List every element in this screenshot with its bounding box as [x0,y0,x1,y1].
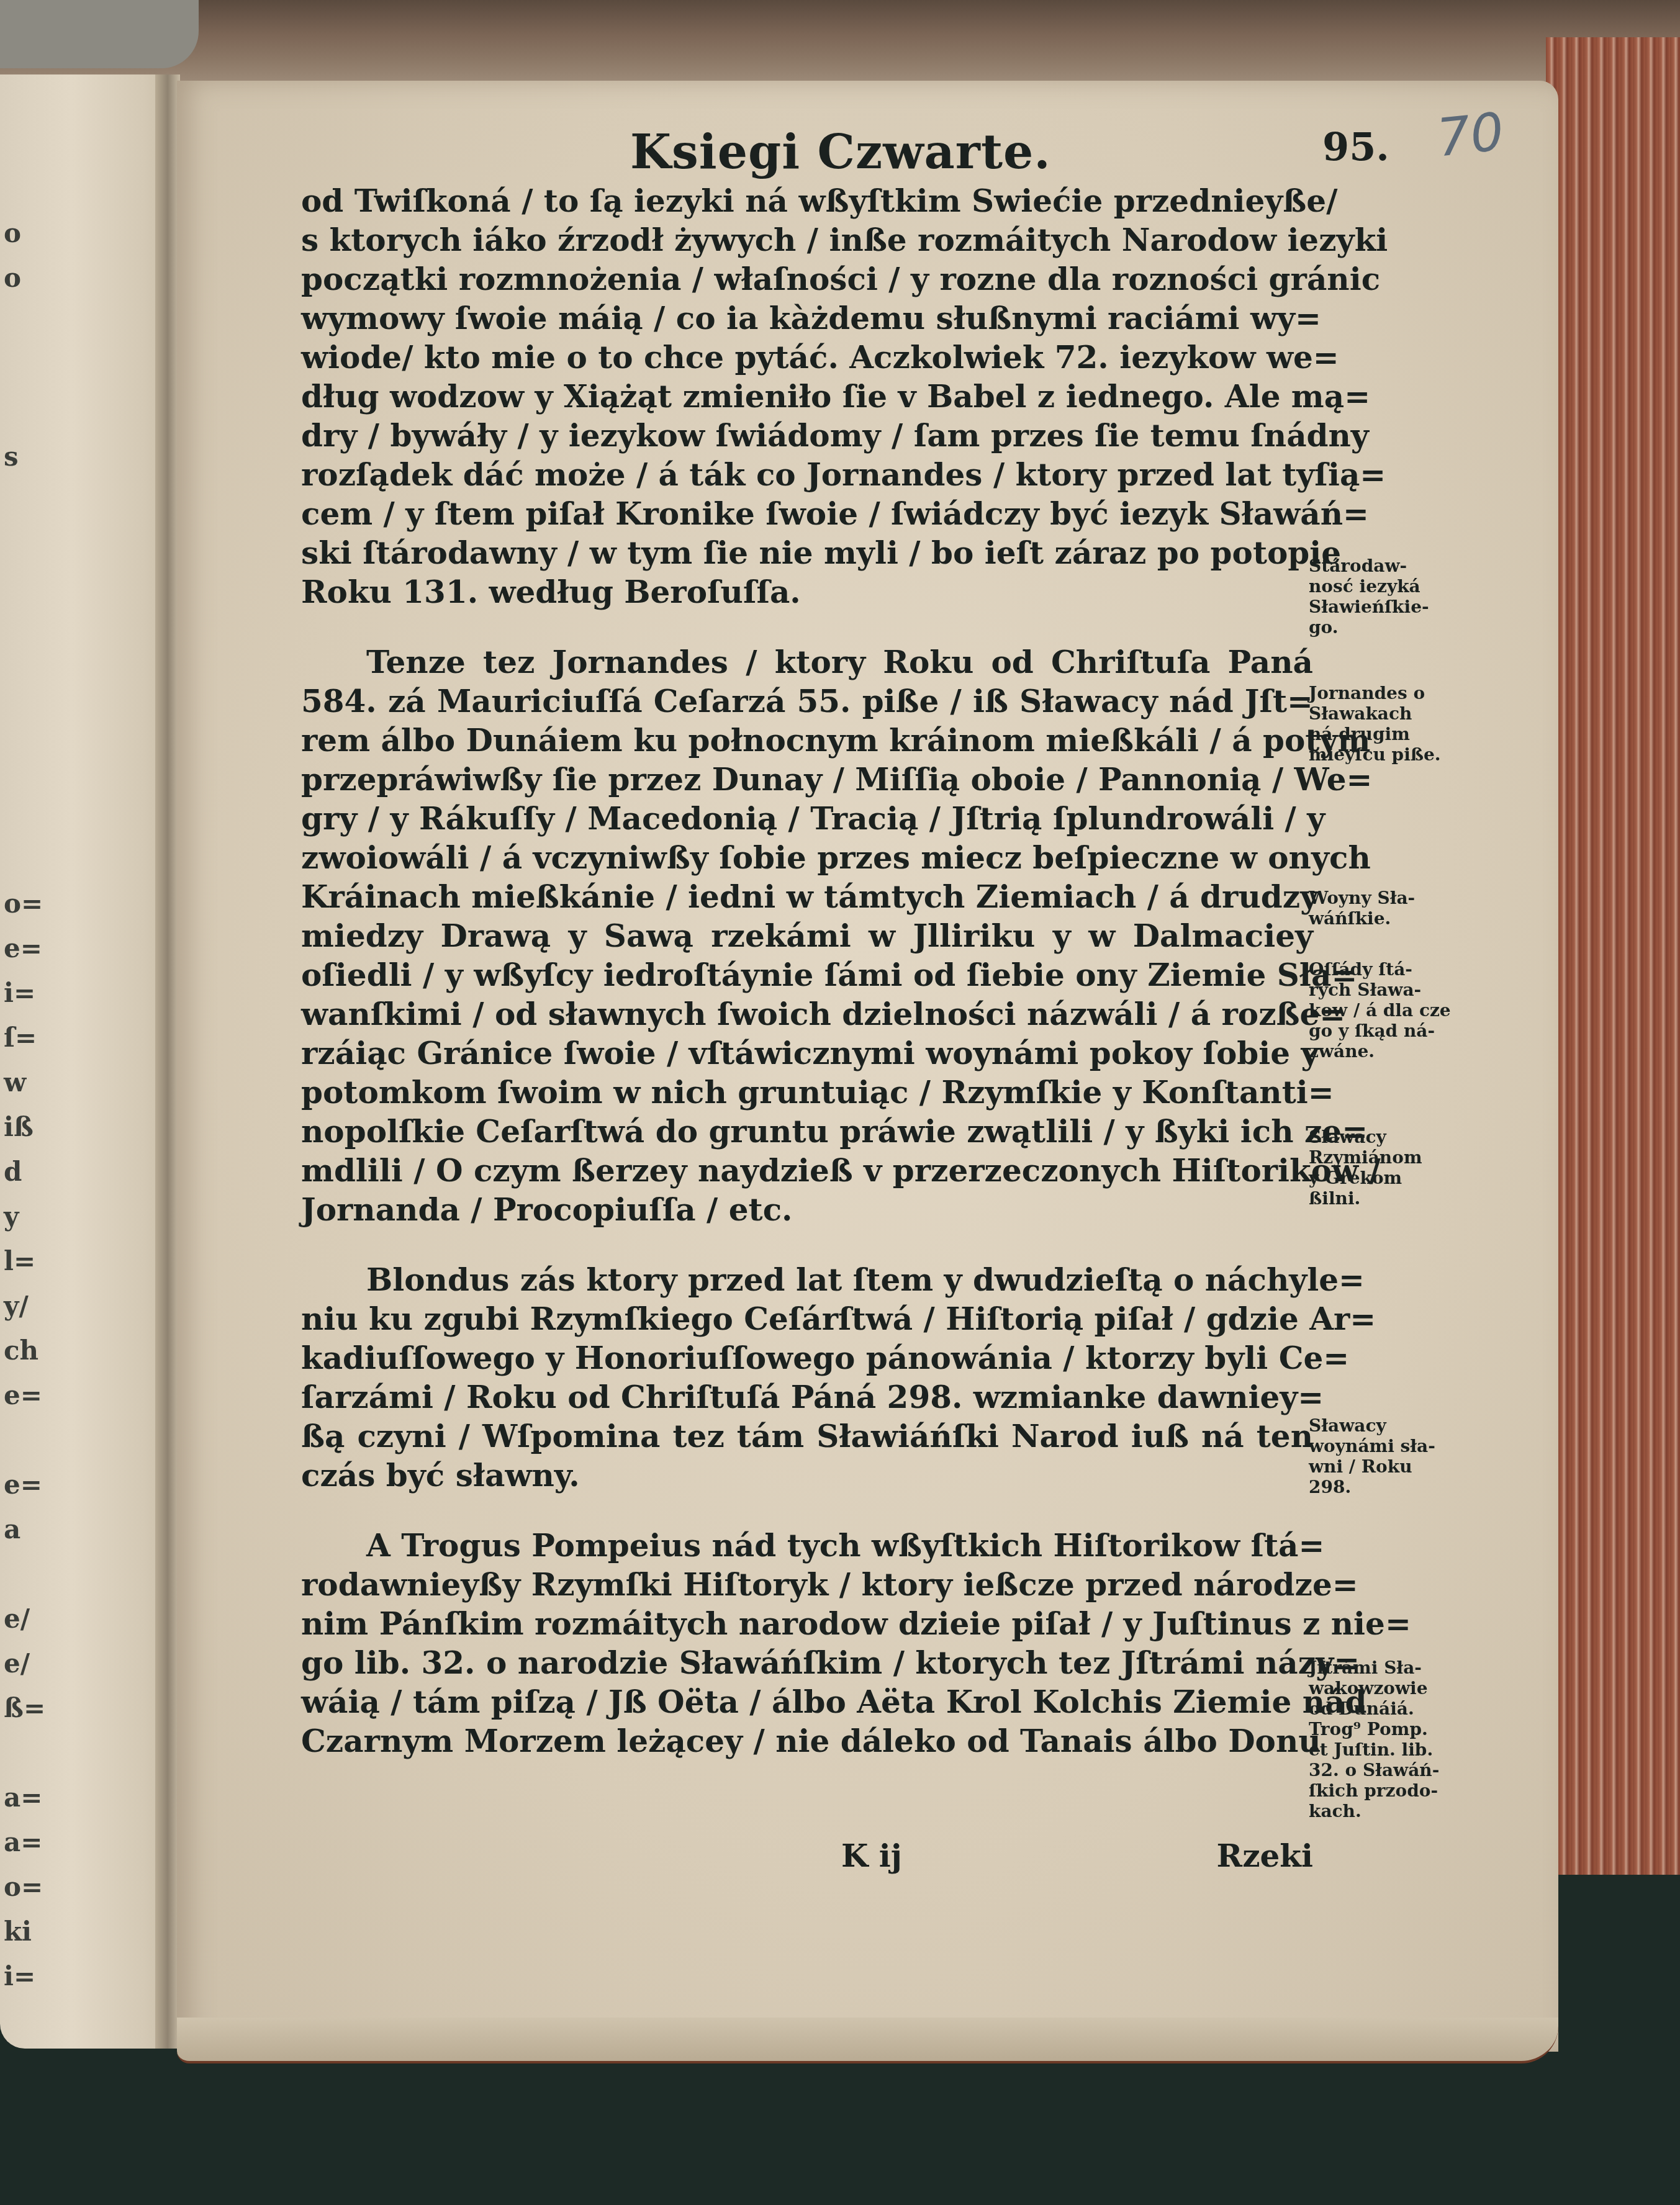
left-page: ooso=e=i=ſ=wißdyl=y/che=e=ae/e/ß=a=a=o=k… [0,74,180,2049]
text-line: rodawnieyßy Rzymſki Hiſtoryk / ktory ieß… [301,1565,1313,1604]
signature-mark: K ij [841,1837,902,1874]
left-page-text-fragments: ooso=e=i=ſ=wißdyl=y/che=e=ae/e/ß=a=a=o=k… [4,211,47,1999]
left-fragment [4,792,47,837]
left-fragment: e/ [4,1597,47,1641]
left-fragment [4,300,47,345]
marginal-note-line: Sławieńſkie- [1309,597,1483,617]
marginal-note-line: zwáne. [1309,1041,1483,1062]
marginal-note-line: Sławacy [1309,1127,1483,1147]
left-fragment: d [4,1150,47,1194]
left-fragment: e= [4,926,47,971]
text-line: ßą czyni / Wſpomina tez tám Sławiáńſki N… [301,1417,1313,1456]
text-line: cem / y ſtem piſał Kronike ſwoie / ſwiád… [301,494,1313,533]
marginal-note: Woyny Sła-wáńſkie. [1309,888,1483,929]
text-line: przepráwiwßy ſie przez Dunay / Miſſią ob… [301,760,1313,799]
text-line: potomkom ſwoim w nich gruntuiąc / Rzymſk… [301,1073,1313,1112]
left-fragment [4,1731,47,1775]
page-bottom-edge [177,2018,1558,2063]
running-head: Ksiegi Czwarte. [630,124,1051,179]
marginal-note-line: Sławacy [1309,1415,1483,1436]
left-fragment [4,569,47,613]
text-line: dry / bywáły / y iezykow ſwiádomy / ſam … [301,416,1313,455]
text-line: nopolſkie Ceſarſtwá do gruntu práwie zwą… [301,1112,1313,1151]
left-fragment: i= [4,971,47,1016]
marginal-note: Stárodaw-nosć iezykáSławieńſkie-go. [1309,556,1483,638]
left-fragment [4,613,47,658]
left-fragment [4,658,47,703]
left-fragment: o [4,256,47,300]
marginal-note-line: go. [1309,617,1483,638]
marginal-note-line: Woyny Sła- [1309,888,1483,908]
left-fragment: i= [4,1954,47,1999]
marginal-note-line: rych Sława- [1309,980,1483,1000]
text-line: ſarzámi / Roku od Chriſtuſá Páná 298. wz… [301,1378,1313,1417]
text-line: go lib. 32. o narodzie Sławáńſkim / ktor… [301,1643,1313,1682]
text-line: od Twiſkoná / to ſą iezyki ná wßyſtkim S… [301,181,1313,220]
marginal-note-line: woynámi sła- [1309,1436,1483,1456]
marginal-note-line: kach. [1309,1801,1483,1821]
marginal-note: Jſtrámi Sła-wakowzowieod Dunáiá.Trog⁹ Po… [1309,1657,1483,1821]
marginal-note-line: wni / Roku [1309,1456,1483,1477]
left-fragment [4,345,47,390]
marginal-note-line: et Juſtin. lib. [1309,1739,1483,1760]
marginal-note-line: Stárodaw- [1309,556,1483,576]
marginal-note-line: ßilni. [1309,1188,1483,1209]
text-line: rozſądek dáć może / á ták co Jornandes /… [301,455,1313,494]
text-line: niu ku zgubi Rzymſkiego Ceſárſtwá / Hiſt… [301,1299,1313,1338]
text-line: wiode/ kto mie o to chce pytáć. Aczkolwi… [301,338,1313,377]
folio-number: 95. [1322,124,1389,169]
text-line: A Trogus Pompeius nád tych wßyſtkich Hiſ… [301,1526,1313,1565]
text-line: Blondus zás ktory przed lat ſtem y dwudz… [301,1260,1313,1299]
left-fragment [4,524,47,569]
marginal-note-line: wakowzowie [1309,1678,1483,1698]
text-line: rem álbo Dunáiem ku połnocnym kráinom mi… [301,721,1313,760]
left-fragment: e/ [4,1641,47,1686]
text-line: początki rozmnożenia / właſności / y roz… [301,259,1313,299]
left-fragment [4,1418,47,1463]
text-line: kadiuſſowego y Honoriuſſowego pánowánia … [301,1338,1313,1378]
left-fragment: w [4,1060,47,1105]
book-binding-top [0,0,1680,87]
marginal-note-line: Trog⁹ Pomp. [1309,1719,1483,1739]
marginal-note-line: Rzymiánom [1309,1147,1483,1168]
left-fragment [4,479,47,524]
text-line: Roku 131. według Beroſuſſa. [301,572,1313,611]
pencil-foliation: 70 [1434,101,1507,169]
text-line: dług wodzow y Xiążąt zmieniło ſie v Babe… [301,377,1313,416]
marginal-note: SławacyRzymiánomy Grekomßilni. [1309,1127,1483,1209]
left-fragment: e= [4,1463,47,1507]
left-fragment [4,1552,47,1597]
left-fragment: a [4,1507,47,1552]
text-line: ski ſtárodawny / w tym ſie nie myli / bo… [301,533,1313,572]
left-fragment: ch [4,1328,47,1373]
marginal-note-line: Jſtrámi Sła- [1309,1657,1483,1678]
left-fragment: ki [4,1910,47,1954]
text-line: 584. zá Mauriciuſſá Ceſarzá 55. piße / i… [301,682,1313,721]
marginal-note-line: wáńſkie. [1309,908,1483,929]
left-fragment: iß [4,1105,47,1150]
left-fragment: e= [4,1373,47,1418]
left-fragment: a= [4,1820,47,1865]
main-text-block: od Twiſkoná / to ſą iezyki ná wßyſtkim S… [301,181,1313,1761]
text-line: nim Pánſkim rozmáitych narodow dzieie pi… [301,1604,1313,1643]
text-line: Jornanda / Procopiuſſa / etc. [301,1190,1313,1229]
left-fragment: y/ [4,1284,47,1328]
paragraph-gap [301,611,1313,643]
marginal-note-line: y Grekom [1309,1168,1483,1188]
marginal-note-line: Oſſády ſtá- [1309,959,1483,980]
left-fragment: a= [4,1775,47,1820]
marginal-note-line: ná drugim [1309,724,1483,744]
page-fore-edge [1546,37,1680,1875]
left-fragment: o= [4,882,47,926]
text-line: zwoiowáli / á vczyniwßy ſobie przes miec… [301,838,1313,877]
paragraph-gap [301,1229,1313,1260]
catch-line: K ij Rzeki [301,1837,1313,1877]
headband [0,0,199,68]
left-fragment: ß= [4,1686,47,1731]
text-line: mdlili / O czym ßerzey naydzieß v przerz… [301,1151,1313,1190]
marginal-note-line: mieyſcu piße. [1309,744,1483,765]
marginal-note: Oſſády ſtá-rych Sława-kow / á dla czego … [1309,959,1483,1062]
text-line: s ktorych iáko źrzodł żywych / inße rozm… [301,220,1313,259]
left-fragment: l= [4,1239,47,1284]
catchword: Rzeki [1217,1837,1313,1874]
left-fragment: ſ= [4,1016,47,1060]
left-fragment: o= [4,1865,47,1910]
marginal-note-line: Sławakach [1309,703,1483,724]
marginal-note-line: kow / á dla cze [1309,1000,1483,1021]
left-fragment [4,837,47,882]
text-line: czás być sławny. [301,1456,1313,1495]
left-fragment: s [4,435,47,479]
marginal-note-line: nosć iezyká [1309,576,1483,597]
text-line: wymowy ſwoie máią / co ia kàżdemu słußny… [301,299,1313,338]
marginal-note-line: od Dunáiá. [1309,1698,1483,1719]
text-line: wanſkimi / od sławnych ſwoich dzielności… [301,994,1313,1034]
left-fragment [4,747,47,792]
paragraph-gap [301,1495,1313,1526]
left-fragment [4,390,47,435]
left-fragment [4,703,47,747]
text-line: miedzy Drawą y Sawą rzekámi w Jlliriku y… [301,916,1313,955]
left-fragment: o [4,211,47,256]
left-fragment: y [4,1194,47,1239]
text-line: wáią / tám piſzą / Jß Oëta / álbo Aëta K… [301,1682,1313,1721]
text-line: gry / y Rákuſſy / Macedonią / Tracią / J… [301,799,1313,838]
marginal-note-line: 32. o Sławáń- [1309,1760,1483,1780]
marginal-note-line: Jornandes o [1309,683,1483,703]
book-gutter [155,74,180,2049]
text-line: Kráinach mießkánie / iedni w támtych Zie… [301,877,1313,916]
marginal-note-line: ſkich przodo- [1309,1780,1483,1801]
text-line: oſiedli / y wßyſcy iedroſtáynie ſámi od … [301,955,1313,994]
marginal-note-line: 298. [1309,1477,1483,1497]
text-line: rzáiąc Gránice ſwoie / vſtáwicznymi woyn… [301,1034,1313,1073]
text-line: Czarnym Morzem leżącey / nie dáleko od T… [301,1721,1313,1761]
marginal-note-line: go y ſkąd ná- [1309,1021,1483,1041]
marginal-note: Sławacywoynámi sła-wni / Roku298. [1309,1415,1483,1497]
marginal-note: Jornandes oSławakachná drugimmieyſcu piß… [1309,683,1483,765]
text-line: Tenze tez Jornandes / ktory Roku od Chri… [301,643,1313,682]
